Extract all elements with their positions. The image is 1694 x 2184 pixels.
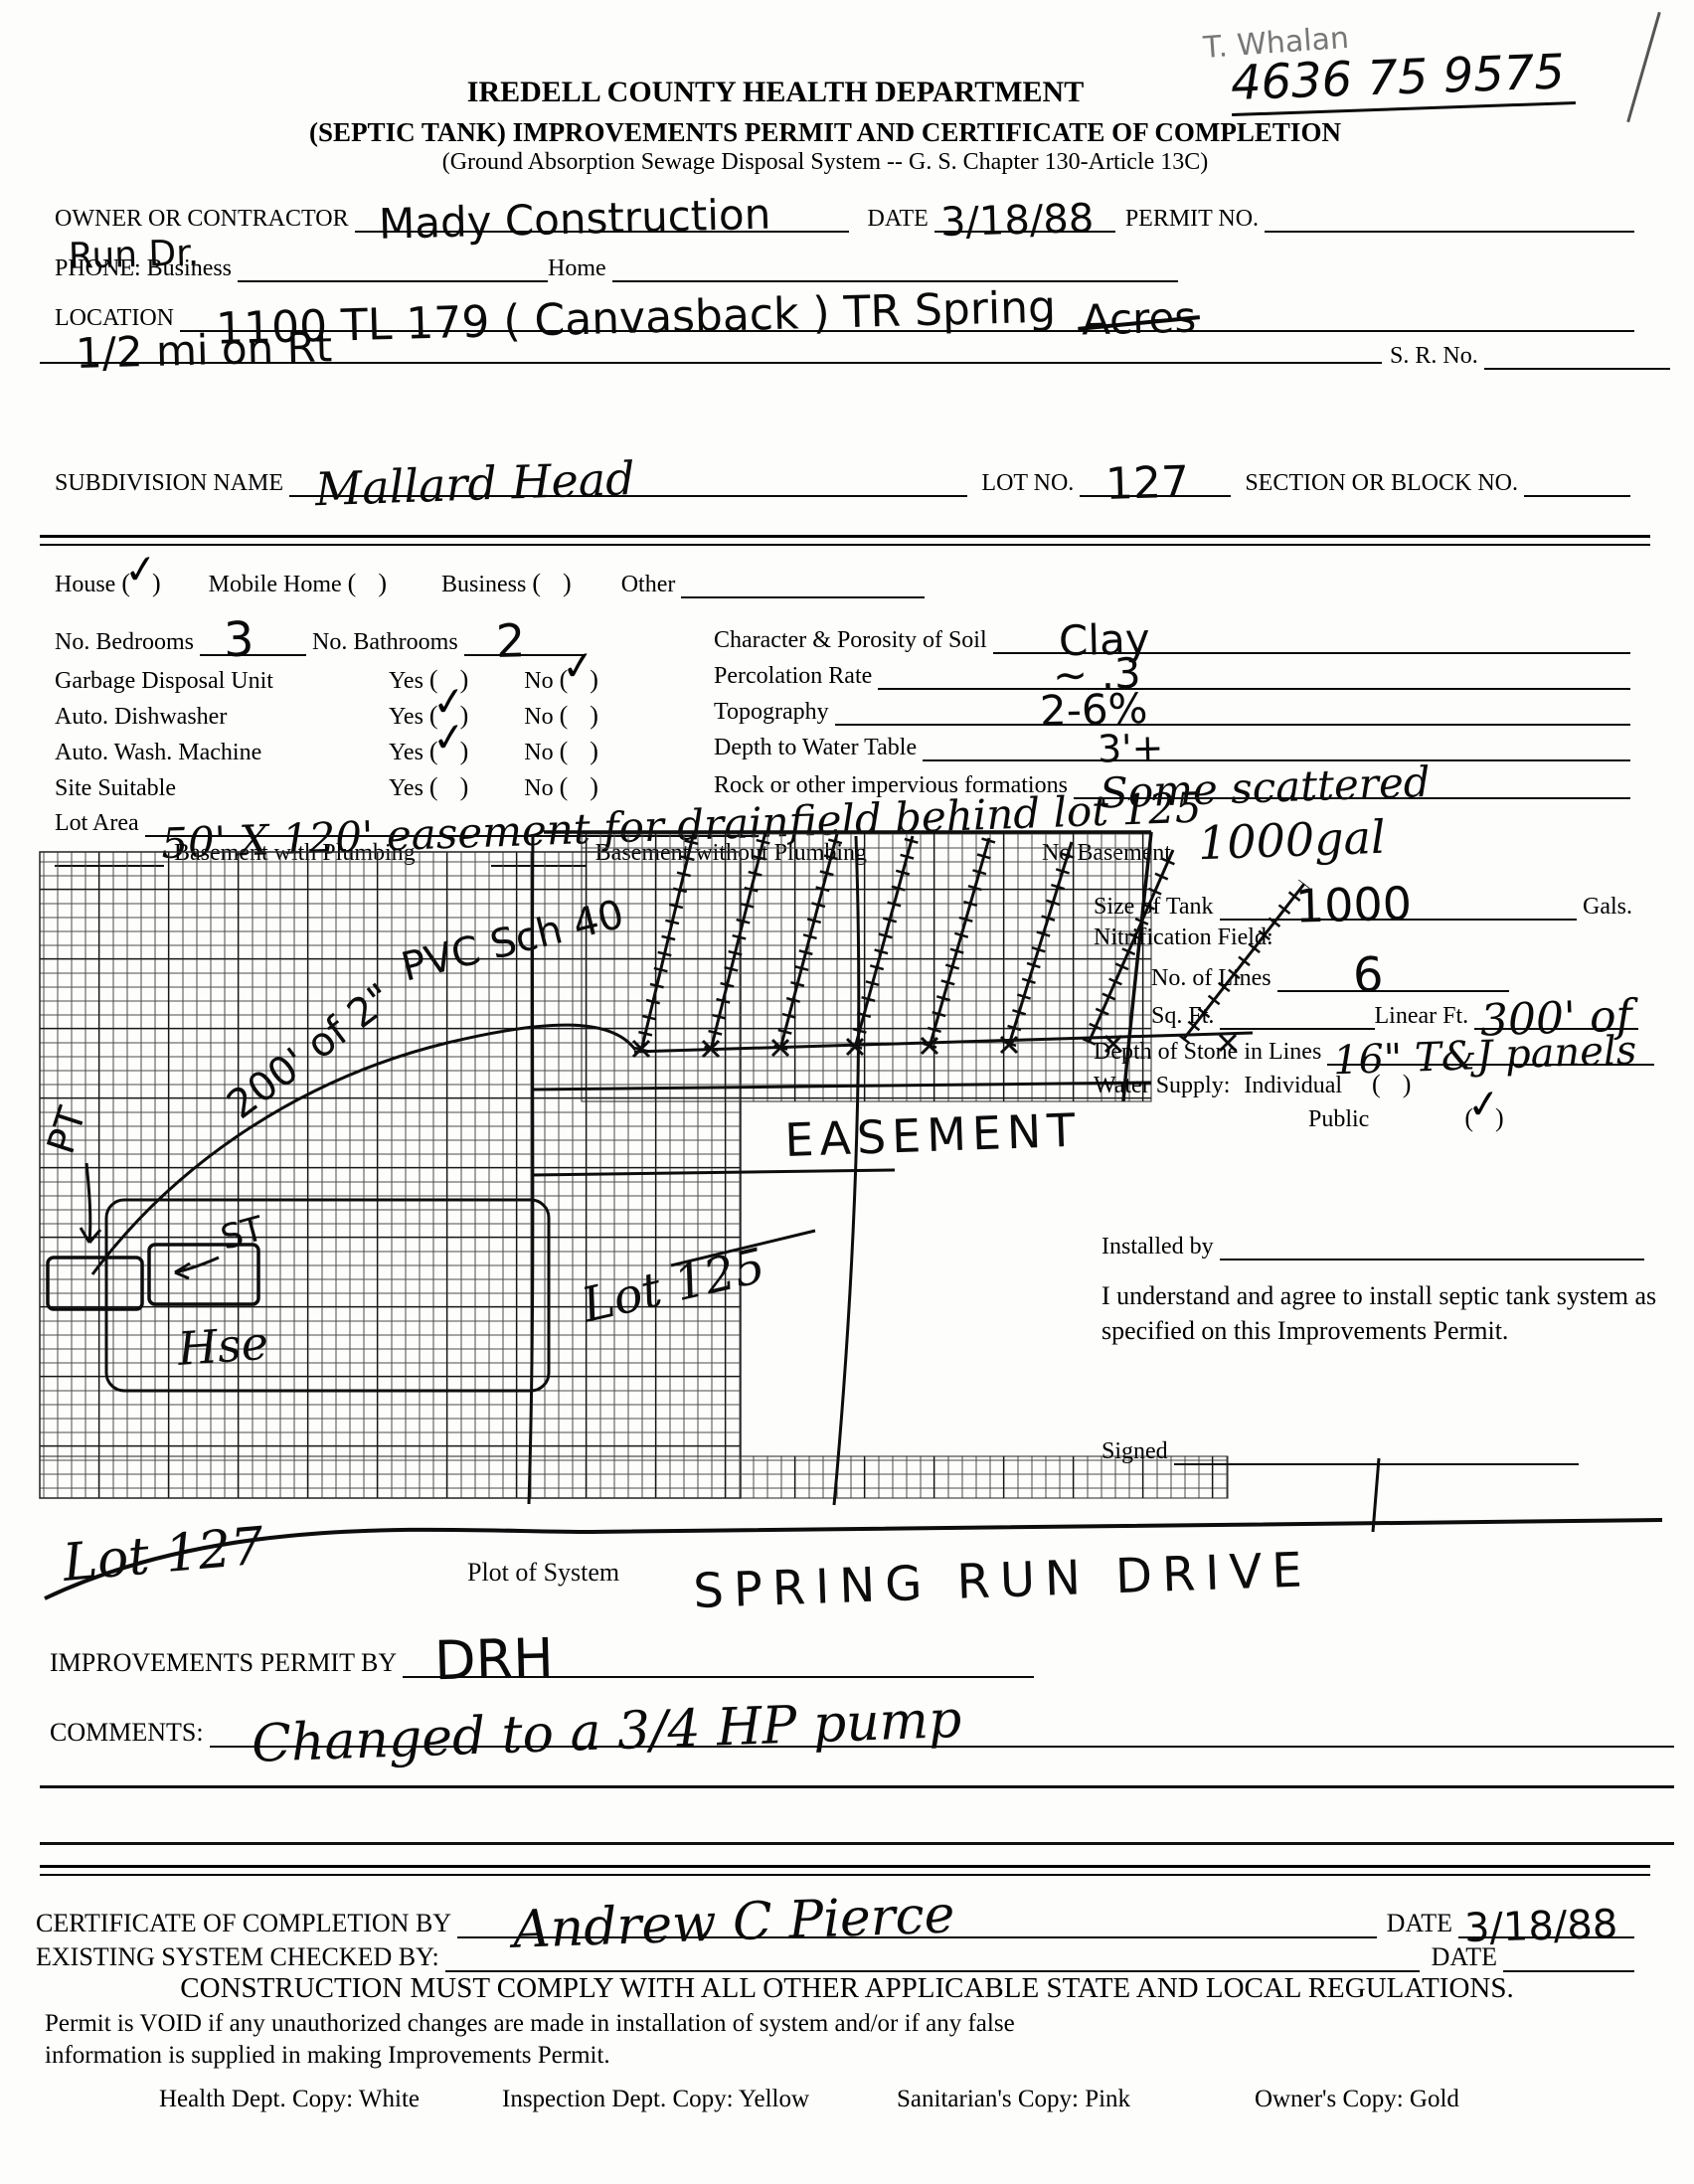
topography-label: Topography (714, 699, 829, 726)
graph-paper-bottom-strip (40, 1456, 1228, 1498)
house-label-sketch: Hse (175, 1316, 269, 1376)
topography-field: 2-6% (835, 695, 1630, 726)
lines-row: No. of Lines 6 (1151, 954, 1509, 992)
no-label: No (524, 668, 553, 695)
installed-by-row: Installed by (1101, 1225, 1644, 1260)
installed-by-label: Installed by (1101, 1234, 1214, 1260)
public-check: ✓ (1467, 1104, 1489, 1106)
tank-size-row: Size of Tank 1000 Gals. (1094, 881, 1638, 921)
topography-row: Topography 2-6% (714, 690, 1630, 726)
bathrooms-label: No. Bathrooms (312, 629, 458, 656)
compliance-statement: CONSTRUCTION MUST COMPLY WITH ALL OTHER … (0, 1972, 1694, 2005)
house-check: ✓ (124, 570, 146, 572)
permit-by-label: IMPROVEMENTS PERMIT BY (50, 1648, 397, 1678)
copy-inspection-dept: Inspection Dept. Copy: Yellow (502, 2086, 809, 2113)
pen-slash-mark (1626, 12, 1661, 122)
equip-row: Garbage Disposal Unit Yes () No (✓) (55, 661, 711, 695)
existing-date-label: DATE (1432, 1942, 1497, 1972)
dwelling-row: House (✓) Mobile Home () Business () Oth… (55, 557, 925, 598)
location-value-2: 1/2 mi on Rt (46, 330, 333, 373)
water-table-label: Depth to Water Table (714, 735, 917, 761)
paren: () (1372, 1070, 1411, 1099)
water-supply-row: Water Supply: Individual () (1094, 1064, 1411, 1099)
sr-no-row: S. R. No. (1390, 338, 1670, 370)
house-label: House (55, 572, 115, 598)
paren: (✓) (1464, 1103, 1503, 1133)
bedrooms-field: 3 (200, 620, 306, 656)
linear-label: Linear Ft. (1375, 1003, 1469, 1030)
stone-field: 16" T&J panels (1327, 1039, 1654, 1066)
other-field (681, 573, 925, 598)
no-label: No (524, 740, 553, 766)
tank-size-field: 1000 (1220, 887, 1577, 921)
date-value: 3/18/88 (939, 202, 1094, 240)
gals-label: Gals. (1583, 894, 1632, 921)
existing-system-row: EXISTING SYSTEM CHECKED BY: DATE (36, 1936, 1634, 1972)
linear-field: 300' of (1474, 1000, 1638, 1030)
form-title: IREDELL COUNTY HEALTH DEPARTMENT (0, 76, 1551, 109)
subdivision-field: Mallard Head (289, 465, 967, 497)
copy-health-dept: Health Dept. Copy: White (159, 2086, 420, 2113)
certificate-date-label: DATE (1387, 1909, 1452, 1938)
lines-label: No. of Lines (1151, 965, 1271, 992)
water-table-field: 3'+ (923, 735, 1630, 761)
existing-system-field (445, 1960, 1420, 1972)
comments-label: COMMENTS: (50, 1718, 204, 1748)
sr-no-field (1484, 358, 1670, 370)
yes-label: Yes (389, 668, 423, 695)
installed-by-field (1220, 1249, 1644, 1260)
permit-no-label: PERMIT NO. (1125, 206, 1259, 233)
lines-field: 6 (1277, 956, 1509, 992)
nitrification-label: Nitrification Field: (1094, 924, 1273, 951)
signed-row: Signed (1101, 1429, 1579, 1465)
lot-no-value: 127 (1086, 463, 1190, 503)
certificate-label: CERTIFICATE OF COMPLETION BY (36, 1909, 451, 1938)
signed-label: Signed (1101, 1438, 1168, 1465)
stone-label: Depth of Stone in Lines (1094, 1039, 1321, 1066)
paren: (✓) (121, 569, 160, 598)
signed-field (1174, 1453, 1579, 1465)
certificate-signature-field: Andrew C Pierce (457, 1902, 1376, 1938)
wash-yes-check: ✓ (432, 738, 454, 740)
plot-of-system-label: Plot of System (467, 1558, 619, 1587)
percolation-row: Percolation Rate ~ .3 (714, 654, 1630, 690)
comments-value: Changed to a 3/4 HP pump (215, 1698, 961, 1767)
date-label: DATE (867, 206, 928, 233)
form-subtitle: (SEPTIC TANK) IMPROVEMENTS PERMIT AND CE… (0, 117, 1650, 148)
wash-machine-label: Auto. Wash. Machine (55, 740, 383, 766)
owner-value: Mady Construction (360, 197, 770, 243)
yes-label: Yes (389, 704, 423, 731)
subdivision-row: SUBDIVISION NAME Mallard Head LOT NO. 12… (55, 447, 1630, 497)
comments-field: Changed to a 3/4 HP pump (210, 1711, 1674, 1748)
garbage-no-check: ✓ (562, 666, 584, 668)
form-subtitle2: (Ground Absorption Sewage Disposal Syste… (0, 149, 1650, 176)
percolation-field: ~ .3 (878, 659, 1630, 690)
other-label: Other (621, 572, 676, 598)
owner-field: Mady Construction (355, 202, 850, 233)
no-label: No (524, 704, 553, 731)
equip-row: Auto. Wash. Machine Yes (✓) No () (55, 733, 711, 766)
date-field: 3/18/88 (934, 204, 1115, 233)
copy-owner: Owner's Copy: Gold (1255, 2086, 1459, 2113)
bathrooms-value: 2 (469, 621, 525, 662)
dishwasher-label: Auto. Dishwasher (55, 704, 383, 731)
permit-no-field (1265, 221, 1634, 233)
equip-row: Auto. Dishwasher Yes (✓) No () (55, 697, 711, 731)
individual-label: Individual (1244, 1073, 1342, 1099)
yes-label: Yes (389, 740, 423, 766)
garbage-disposal-label: Garbage Disposal Unit (55, 668, 383, 695)
sr-no-label: S. R. No. (1390, 343, 1478, 370)
road-tick (1373, 1458, 1379, 1532)
soil-label: Character & Porosity of Soil (714, 627, 987, 654)
easement-label: EASEMENT (783, 1103, 1082, 1167)
section-field (1524, 485, 1630, 497)
lot-no-field: 127 (1080, 465, 1231, 497)
certificate-row: CERTIFICATE OF COMPLETION BY Andrew C Pi… (36, 1883, 1634, 1938)
tank-size-note: 1000gal (1198, 821, 1386, 861)
bedrooms-label: No. Bedrooms (55, 629, 194, 656)
lot-127-label: Lot 127 (60, 1516, 267, 1594)
subdivision-label: SUBDIVISION NAME (55, 470, 283, 497)
paren: () (348, 569, 387, 598)
paren: () (560, 701, 598, 731)
permit-by-value: DRH (409, 1635, 555, 1685)
divider-rule-bottom (40, 1865, 1650, 1876)
soil-row: Character & Porosity of Soil Clay (714, 618, 1630, 654)
existing-system-label: EXISTING SYSTEM CHECKED BY: (36, 1942, 439, 1972)
agreement-text: I understand and agree to install septic… (1101, 1278, 1663, 1348)
sqft-row: Sq. Ft. Linear Ft. 300' of (1151, 992, 1638, 1030)
tank-size-value: 1000 (1225, 884, 1412, 927)
paren: (✓) (560, 665, 598, 695)
copy-sanitarian: Sanitarian's Copy: Pink (897, 2086, 1130, 2113)
location-row-2: 1/2 mi on Rt (40, 320, 1382, 364)
stone-row: Depth of Stone in Lines 16" T&J panels (1094, 1028, 1654, 1066)
comments-blank-line-2 (40, 1842, 1674, 1845)
certificate-date-field: 3/18/88 (1458, 1910, 1634, 1938)
paren: (✓) (429, 737, 468, 766)
divider-rule-top (40, 535, 1650, 546)
sqft-label: Sq. Ft. (1151, 1003, 1214, 1030)
lot-no-label: LOT NO. (981, 470, 1074, 497)
water-table-row: Depth to Water Table 3'+ (714, 726, 1630, 761)
bedrooms-value: 3 (205, 620, 254, 662)
mobile-home-label: Mobile Home (209, 572, 342, 598)
public-row: Public (✓) (1308, 1097, 1504, 1133)
tank-size-label: Size of Tank (1094, 894, 1214, 921)
dishwasher-yes-check: ✓ (432, 702, 454, 704)
comments-blank-line-1 (40, 1785, 1674, 1788)
road-name-label: SPRING RUN DRIVE (692, 1542, 1312, 1619)
comments-row: COMMENTS: Changed to a 3/4 HP pump (50, 1688, 1674, 1748)
scanned-permit-form: T. Whalan 4636 75 9575 IREDELL COUNTY HE… (0, 0, 1694, 2184)
public-label: Public (1308, 1106, 1369, 1133)
business-label: Business (441, 572, 526, 598)
location-correction: Run Dr. (69, 239, 200, 272)
location-field-2: 1/2 mi on Rt (40, 333, 1382, 364)
subdivision-value: Mallard Head (294, 459, 635, 510)
bedrooms-row: No. Bedrooms 3 No. Bathrooms 2 (55, 616, 701, 656)
owner-row: OWNER OR CONTRACTOR Mady Construction DA… (55, 187, 1634, 233)
paren: () (560, 737, 598, 766)
permit-by-field: DRH (403, 1637, 1034, 1678)
paren: () (532, 569, 571, 598)
section-label: SECTION OR BLOCK NO. (1245, 470, 1518, 497)
owner-label: OWNER OR CONTRACTOR (55, 206, 349, 233)
void-statement: Permit is VOID if any unauthorized chang… (45, 2008, 1133, 2072)
existing-date-field (1503, 1960, 1634, 1972)
percolation-label: Percolation Rate (714, 663, 872, 690)
water-supply-label: Water Supply: (1094, 1073, 1230, 1099)
